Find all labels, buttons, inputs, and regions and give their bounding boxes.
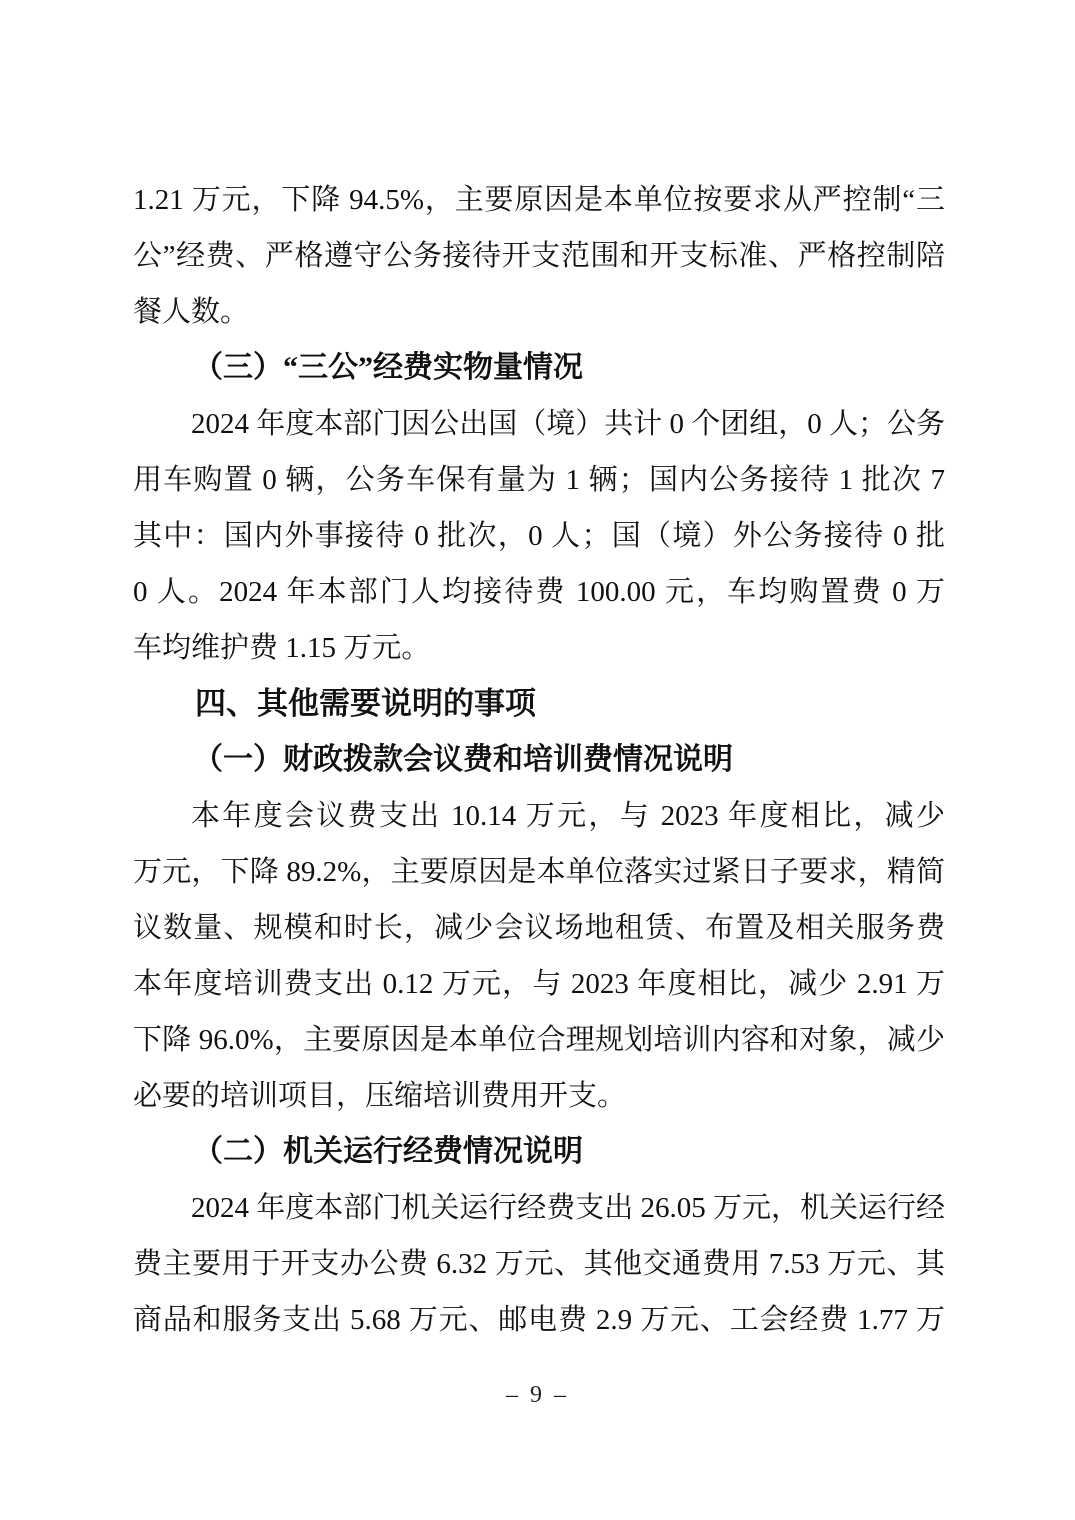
- paragraph-line: 2024 年度本部门因公出国（境）共计 0 个团组，0 人；公务: [133, 396, 945, 452]
- paragraph-line: 0 人。2024 年本部门人均接待费 100.00 元，车均购置费 0 万元，: [133, 564, 945, 620]
- heading-agency-operating-fee: （二）机关运行经费情况说明: [133, 1124, 945, 1180]
- paragraph-line: 本年度会议费支出 10.14 万元，与 2023 年度相比，减少 83.83: [133, 788, 945, 844]
- document-body: 1.21 万元，下降 94.5%，主要原因是本单位按要求从严控制“三 公”经费、…: [133, 172, 945, 1348]
- paragraph-line: 车均维护费 1.15 万元。: [133, 620, 945, 676]
- paragraph-line: 万元，下降 89.2%，主要原因是本单位落实过紧日子要求，精简会: [133, 844, 945, 900]
- heading-sangong-physical-volume: （三）“三公”经费实物量情况: [133, 340, 945, 396]
- paragraph-line: 必要的培训项目，压缩培训费用开支。: [133, 1068, 945, 1124]
- paragraph-line: 公”经费、严格遵守公务接待开支范围和开支标准、严格控制陪: [133, 228, 945, 284]
- paragraph-line: 2024 年度本部门机关运行经费支出 26.05 万元，机关运行经: [133, 1180, 945, 1236]
- paragraph-line: 商品和服务支出 5.68 万元、邮电费 2.9 万元、工会经费 1.77 万元、: [133, 1292, 945, 1348]
- paragraph-line: 费主要用于开支办公费 6.32 万元、其他交通费用 7.53 万元、其他: [133, 1236, 945, 1292]
- paragraph-line: 本年度培训费支出 0.12 万元，与 2023 年度相比，减少 2.91 万元，: [133, 956, 945, 1012]
- page-number: – 9 –: [0, 1382, 1075, 1409]
- paragraph-line: 下降 96.0%，主要原因是本单位合理规划培训内容和对象，减少不: [133, 1012, 945, 1068]
- heading-meeting-training-fee: （一）财政拨款会议费和培训费情况说明: [133, 732, 945, 788]
- paragraph-line: 餐人数。: [133, 284, 945, 340]
- document-page: 1.21 万元，下降 94.5%，主要原因是本单位按要求从严控制“三 公”经费、…: [0, 0, 1075, 1520]
- paragraph-line: 1.21 万元，下降 94.5%，主要原因是本单位按要求从严控制“三: [133, 172, 945, 228]
- heading-other-matters: 四、其他需要说明的事项: [133, 676, 945, 732]
- paragraph-line: 议数量、规模和时长，减少会议场地租赁、布置及相关服务费用。: [133, 900, 945, 956]
- paragraph-line: 其中：国内外事接待 0 批次，0 人；国（境）外公务接待 0 批次，: [133, 508, 945, 564]
- paragraph-line: 用车购置 0 辆，公务车保有量为 1 辆；国内公务接待 1 批次 7 人，: [133, 452, 945, 508]
